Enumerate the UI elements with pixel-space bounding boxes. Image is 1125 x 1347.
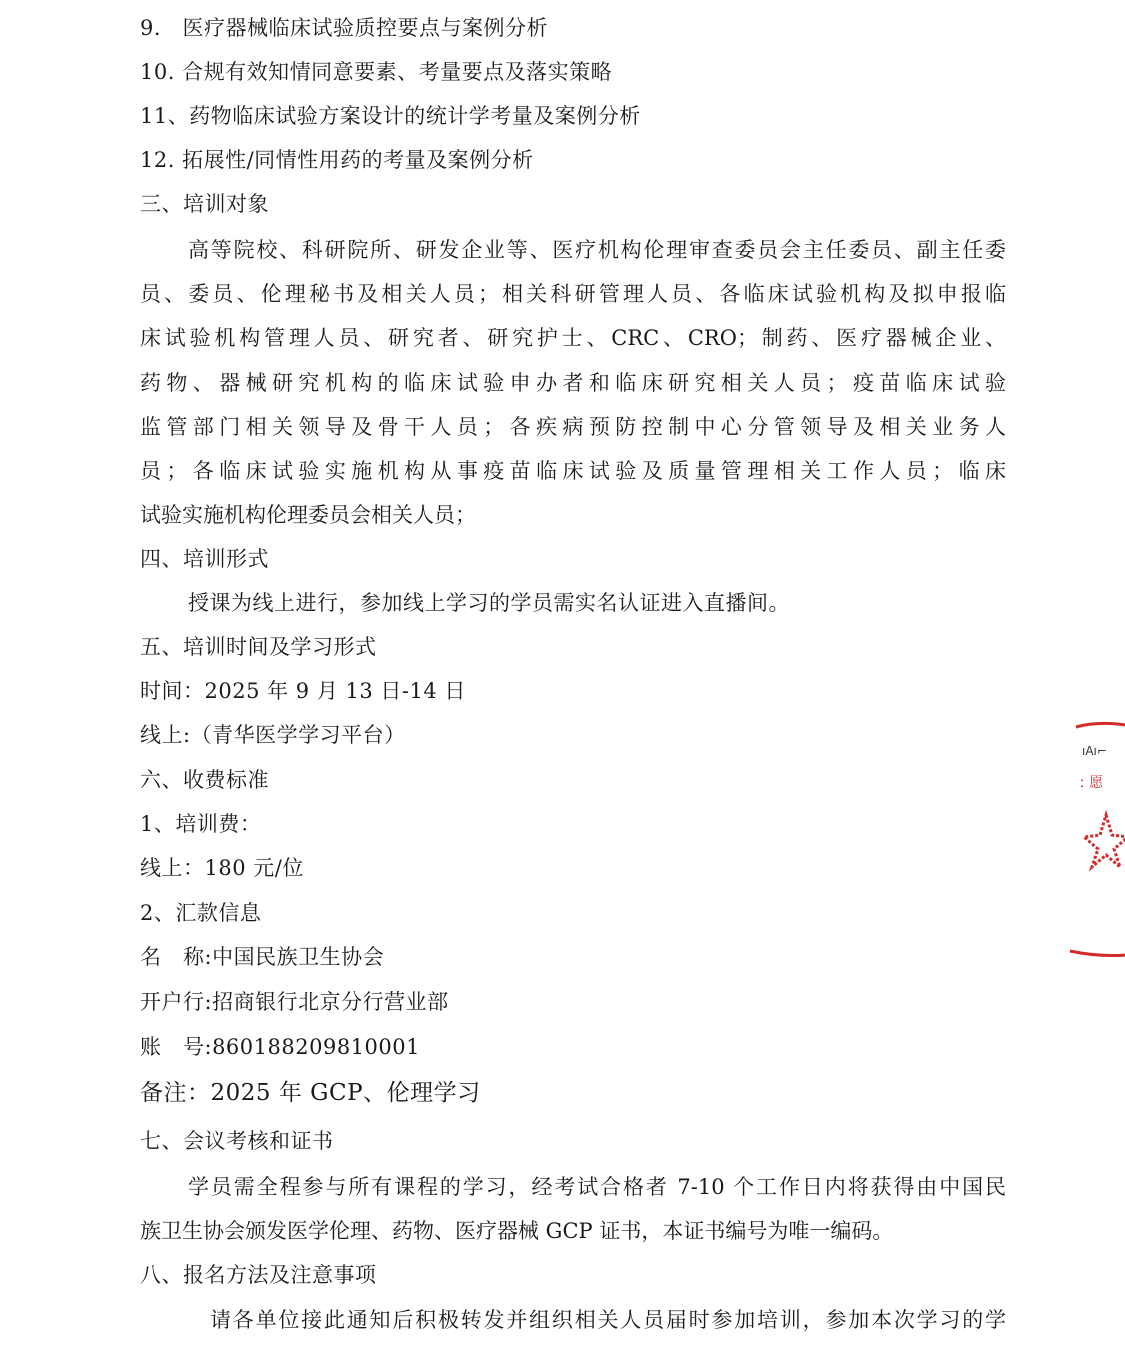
audience-paragraph-line: 药物、器械研究机构的临床试验申办者和临床研究相关人员；疫苗临床试验 — [140, 368, 1006, 398]
audience-paragraph-line: 员；各临床试验实施机构从事疫苗临床试验及质量管理相关工作人员；临床 — [140, 456, 1006, 486]
section-heading-fees: 六、收费标准 — [140, 765, 269, 795]
section-heading-audience: 三、培训对象 — [140, 189, 269, 219]
payee-bank: 开户行:招商银行北京分行营业部 — [140, 987, 449, 1017]
red-seal-stamp-icon: ıAı⌐ ː 愿 — [1068, 715, 1125, 965]
training-platform: 线上:（青华医学学习平台） — [140, 720, 406, 750]
payee-name: 名 称:中国民族卫生协会 — [140, 942, 384, 972]
format-body: 授课为线上进行，参加线上学习的学员需实名认证进入直播间。 — [188, 588, 790, 618]
document-page: 9. 医疗器械临床试验质控要点与案例分析 10. 合规有效知情同意要素、考量要点… — [0, 0, 1125, 1347]
course-item-10: 10. 合规有效知情同意要素、考量要点及落实策略 — [140, 57, 612, 87]
audience-paragraph-line: 床试验机构管理人员、研究者、研究护士、CRC、CRO；制药、医疗器械企业、 — [140, 323, 1006, 353]
section-heading-registration: 八、报名方法及注意事项 — [140, 1260, 377, 1290]
course-item-11: 11、药物临床试验方案设计的统计学考量及案例分析 — [140, 101, 641, 131]
svg-text:ıAı⌐: ıAı⌐ — [1082, 744, 1107, 758]
remittance-heading: 2、汇款信息 — [140, 898, 261, 928]
registration-paragraph-line: 请各单位接此通知后积极转发并组织相关人员届时参加培训，参加本次学习的学 — [210, 1305, 1006, 1335]
audience-paragraph-line: 员、委员、伦理秘书及相关人员；相关科研管理人员、各临床试验机构及拟申报临 — [140, 279, 1006, 309]
fee-online: 线上：180 元/位 — [140, 853, 304, 883]
course-item-12: 12. 拓展性/同情性用药的考量及案例分析 — [140, 145, 534, 175]
audience-paragraph-line: 高等院校、科研院所、研发企业等、医疗机构伦理审查委员会主任委员、副主任委 — [188, 235, 1006, 265]
course-item-9: 9. 医疗器械临床试验质控要点与案例分析 — [140, 13, 548, 43]
section-heading-format: 四、培训形式 — [140, 544, 269, 574]
section-heading-time: 五、培训时间及学习形式 — [140, 632, 377, 662]
training-time: 时间：2025 年 9 月 13 日-14 日 — [140, 676, 466, 706]
section-heading-certificate: 七、会议考核和证书 — [140, 1126, 334, 1156]
fee-heading: 1、培训费： — [140, 809, 261, 839]
payment-note: 备注：2025 年 GCP、伦理学习 — [140, 1078, 481, 1108]
payee-account: 账 号:860188209810001 — [140, 1032, 420, 1062]
audience-paragraph-line: 监管部门相关领导及骨干人员；各疾病预防控制中心分管领导及相关业务人 — [140, 412, 1006, 442]
certificate-paragraph-line: 学员需全程参与所有课程的学习，经考试合格者 7-10 个工作日内将获得由中国民 — [188, 1172, 1006, 1202]
svg-text:ː 愿: ː 愿 — [1080, 775, 1103, 791]
certificate-paragraph-line: 族卫生协会颁发医学伦理、药物、医疗器械 GCP 证书，本证书编号为唯一编码。 — [140, 1216, 1006, 1246]
audience-paragraph-line: 试验实施机构伦理委员会相关人员； — [140, 500, 1006, 530]
